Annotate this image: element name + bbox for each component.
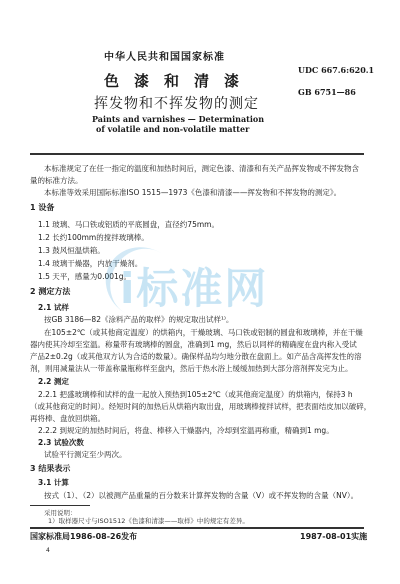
section-3-1-heading: 3.1 计算 xyxy=(38,477,69,488)
section-3-heading: 3 结果表示 xyxy=(30,463,70,474)
standard-name: 中华人民共和国国家标准 xyxy=(104,48,225,63)
effective-date: 1987-08-01实施 xyxy=(300,531,367,542)
footnote-text: 1）取样器尺寸与ISO1512《色漆和清漆——取样》中的规定有差异。 xyxy=(48,516,249,525)
section-2-1-p2-line3: 产品2±0.2g（或其他双方认为合适的数量）。确保样品均匀地分散在盘面上。如产品… xyxy=(30,351,362,362)
item-1-2: 1.2 长约100mm的搅拌玻璃棒。 xyxy=(38,232,149,243)
page-number: 4 xyxy=(46,547,50,554)
section-1-heading: 1 设备 xyxy=(30,202,54,213)
watermark-logo: i标准网 xyxy=(120,256,268,316)
section-2-2-1-line3: 再将棒、盘放回烘箱。 xyxy=(30,413,105,424)
section-3-1-p: 按式（1）、（2）以被测产品重量的百分数来计算挥发物的含量（V）或不挥发物的含量… xyxy=(44,490,358,501)
udc-code: UDC 667.6:620.1 xyxy=(298,65,374,75)
section-2-1-p2-line4: 剂，则用减量法从一带盖称量瓶称样至盘内，然后于热水浴上缓缓加热到大部分溶剂挥发完… xyxy=(30,363,353,374)
section-2-3-p: 试验平行测定至少两次。 xyxy=(44,449,127,460)
section-2-heading: 2 测定方法 xyxy=(30,286,70,297)
section-2-2-1-line2: （或其他商定的时间）。经短时间的加热后从烘箱内取出盘，用玻璃棒搅拌试样，把表面结… xyxy=(30,401,371,412)
section-2-2-heading: 2.2 测定 xyxy=(38,376,69,387)
section-2-1-heading: 2.1 试样 xyxy=(38,302,69,313)
issue-date: 国家标准局1986-08-26发布 xyxy=(30,531,137,542)
title-cn-main: 色漆和清漆 xyxy=(104,70,254,91)
section-2-1-p1: 按GB 3186—82《涂料产品的取样》的规定取出试样¹⁾。 xyxy=(44,314,233,325)
item-1-3: 1.3 鼓风恒温烘箱。 xyxy=(38,245,105,256)
intro-p1-line2: 量的标准方法。 xyxy=(30,175,83,186)
section-2-1-p2-line1: 在105±2℃（或其他商定温度）的烘箱内，干燥玻璃、马口铁或铝制的圆盘和玻璃棒，… xyxy=(44,327,363,338)
intro-p1-line1: 本标准规定了在任一指定的温度和加热时间后，测定色漆、清漆和有关产品挥发物或不挥发… xyxy=(44,163,359,174)
section-2-3-heading: 2.3 试验次数 xyxy=(38,437,84,448)
title-cn-sub: 挥发物和不挥发物的测定 xyxy=(94,93,259,113)
footnote-rule xyxy=(30,505,90,506)
title-en-line2: of volatile and non-volatile matter xyxy=(96,124,249,134)
gb-number: GB 6751—86 xyxy=(298,87,356,97)
title-en-line1: Paints and varnishes — Determination xyxy=(92,114,264,124)
footer-divider xyxy=(30,527,364,529)
header-divider xyxy=(30,153,364,155)
section-2-1-p2-line2: 器内使其冷却至室温。称量带有玻璃棒的圆盘，准确到1 mg，然后以同样的精确度在盘… xyxy=(30,339,357,350)
section-2-2-2: 2.2.2 到规定的加热时间后，将盘、棒移入干燥器内，冷却到室温再称重，精确到1… xyxy=(38,425,334,436)
section-2-2-1-line1: 2.2.1 把盛玻璃棒和试样的盘一起放入预热到105±2℃（或其他商定温度）的烘… xyxy=(38,389,353,400)
intro-p2: 本标准等效采用国际标准ISO 1515—1973《色漆和清漆——挥发物和不挥发物… xyxy=(44,187,341,198)
item-1-1: 1.1 玻璃、马口铁或铝质的平底圆盘，直径约75mm。 xyxy=(38,219,219,230)
